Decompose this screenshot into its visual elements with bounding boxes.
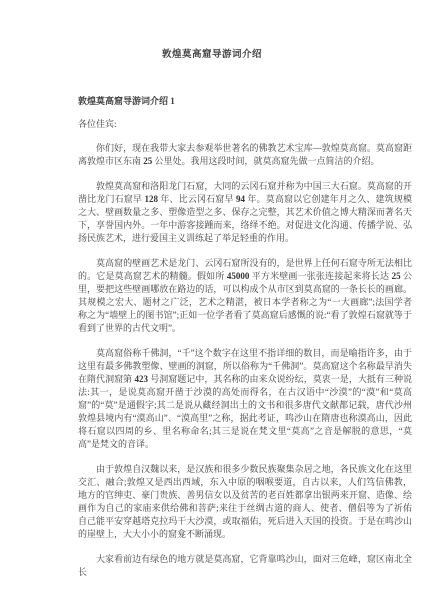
page-title: 敦煌莫高窟导游词介绍 — [0, 49, 424, 62]
paragraph: 由于敦煌自汉魏以来，是汉族和很多少数民族聚集杂居之地，各民族文化在这里交汇、融合… — [78, 463, 412, 541]
salutation-line: 各位佳宾: — [78, 118, 412, 131]
document-page: 敦煌莫高窟导游词介绍 敦煌莫高窟导游词介绍 1 各位佳宾: 你们好，现在我带大家… — [0, 0, 424, 600]
paragraph: 敦煌莫高窟和洛阳龙门石窟，大同的云冈石窟并称为中国三大石窟。莫高窟的开凿比龙门石… — [78, 180, 412, 245]
section-heading: 敦煌莫高窟导游词介绍 1 — [78, 95, 412, 108]
paragraph: 莫高窟俗称千佛洞，“千”这个数字在这里不指详细的数目，而是喻指许多，由于这里有最… — [78, 347, 412, 451]
paragraph: 大家看前边有绿色的地方就是莫高窟，它背靠鸣沙山，面对三危峰，窟区南北全长 — [78, 553, 412, 579]
paragraph: 莫高窟的壁画艺术是龙门、云冈石窟所没有的，是世界上任何石窟寺所无法相比的。它是莫… — [78, 257, 412, 335]
document-body: 敦煌莫高窟导游词介绍 1 各位佳宾: 你们好，现在我带大家去参观举世著名的佛教艺… — [78, 95, 412, 579]
paragraph: 你们好，现在我带大家去参观举世著名的佛教艺术宝库—敦煌莫高窟。莫高窟距离敦煌市区… — [78, 142, 412, 168]
